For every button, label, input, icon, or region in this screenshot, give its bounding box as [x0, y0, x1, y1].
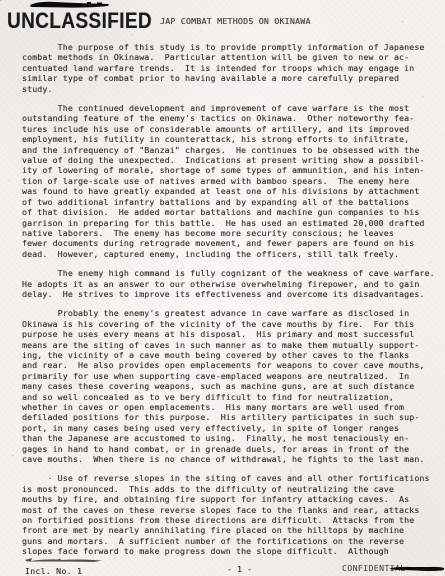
footer-ink-smear-icon	[24, 556, 104, 564]
paragraph-cave-mouth-fire: Probably the enemy's greatest advance in…	[22, 308, 440, 464]
document-body: The purpose of this study is to provide …	[22, 42, 440, 566]
document-title: JAP COMBAT METHODS ON OKINAWA	[160, 16, 311, 26]
page-number: - 1 -	[227, 564, 252, 574]
paragraph-reverse-slopes: · Use of reverse slopes in the siting of…	[22, 473, 440, 556]
classification-strike-icon	[390, 564, 445, 573]
unclassified-stamp: UNCLASSIFIED	[7, 9, 152, 33]
classification-label: CONFIDENTIAL	[342, 563, 406, 573]
paragraph-high-command: The enemy high command is fully cognizan…	[22, 268, 440, 299]
paragraph-purpose: The purpose of this study is to provide …	[22, 42, 440, 94]
scanned-document-page: UNCLASSIFIED JAP COMBAT METHODS ON OKINA…	[0, 0, 445, 576]
enclosure-label: Incl. No. 1	[25, 566, 82, 576]
paragraph-cave-warfare-overview: The continued development and improvemen…	[22, 103, 440, 259]
